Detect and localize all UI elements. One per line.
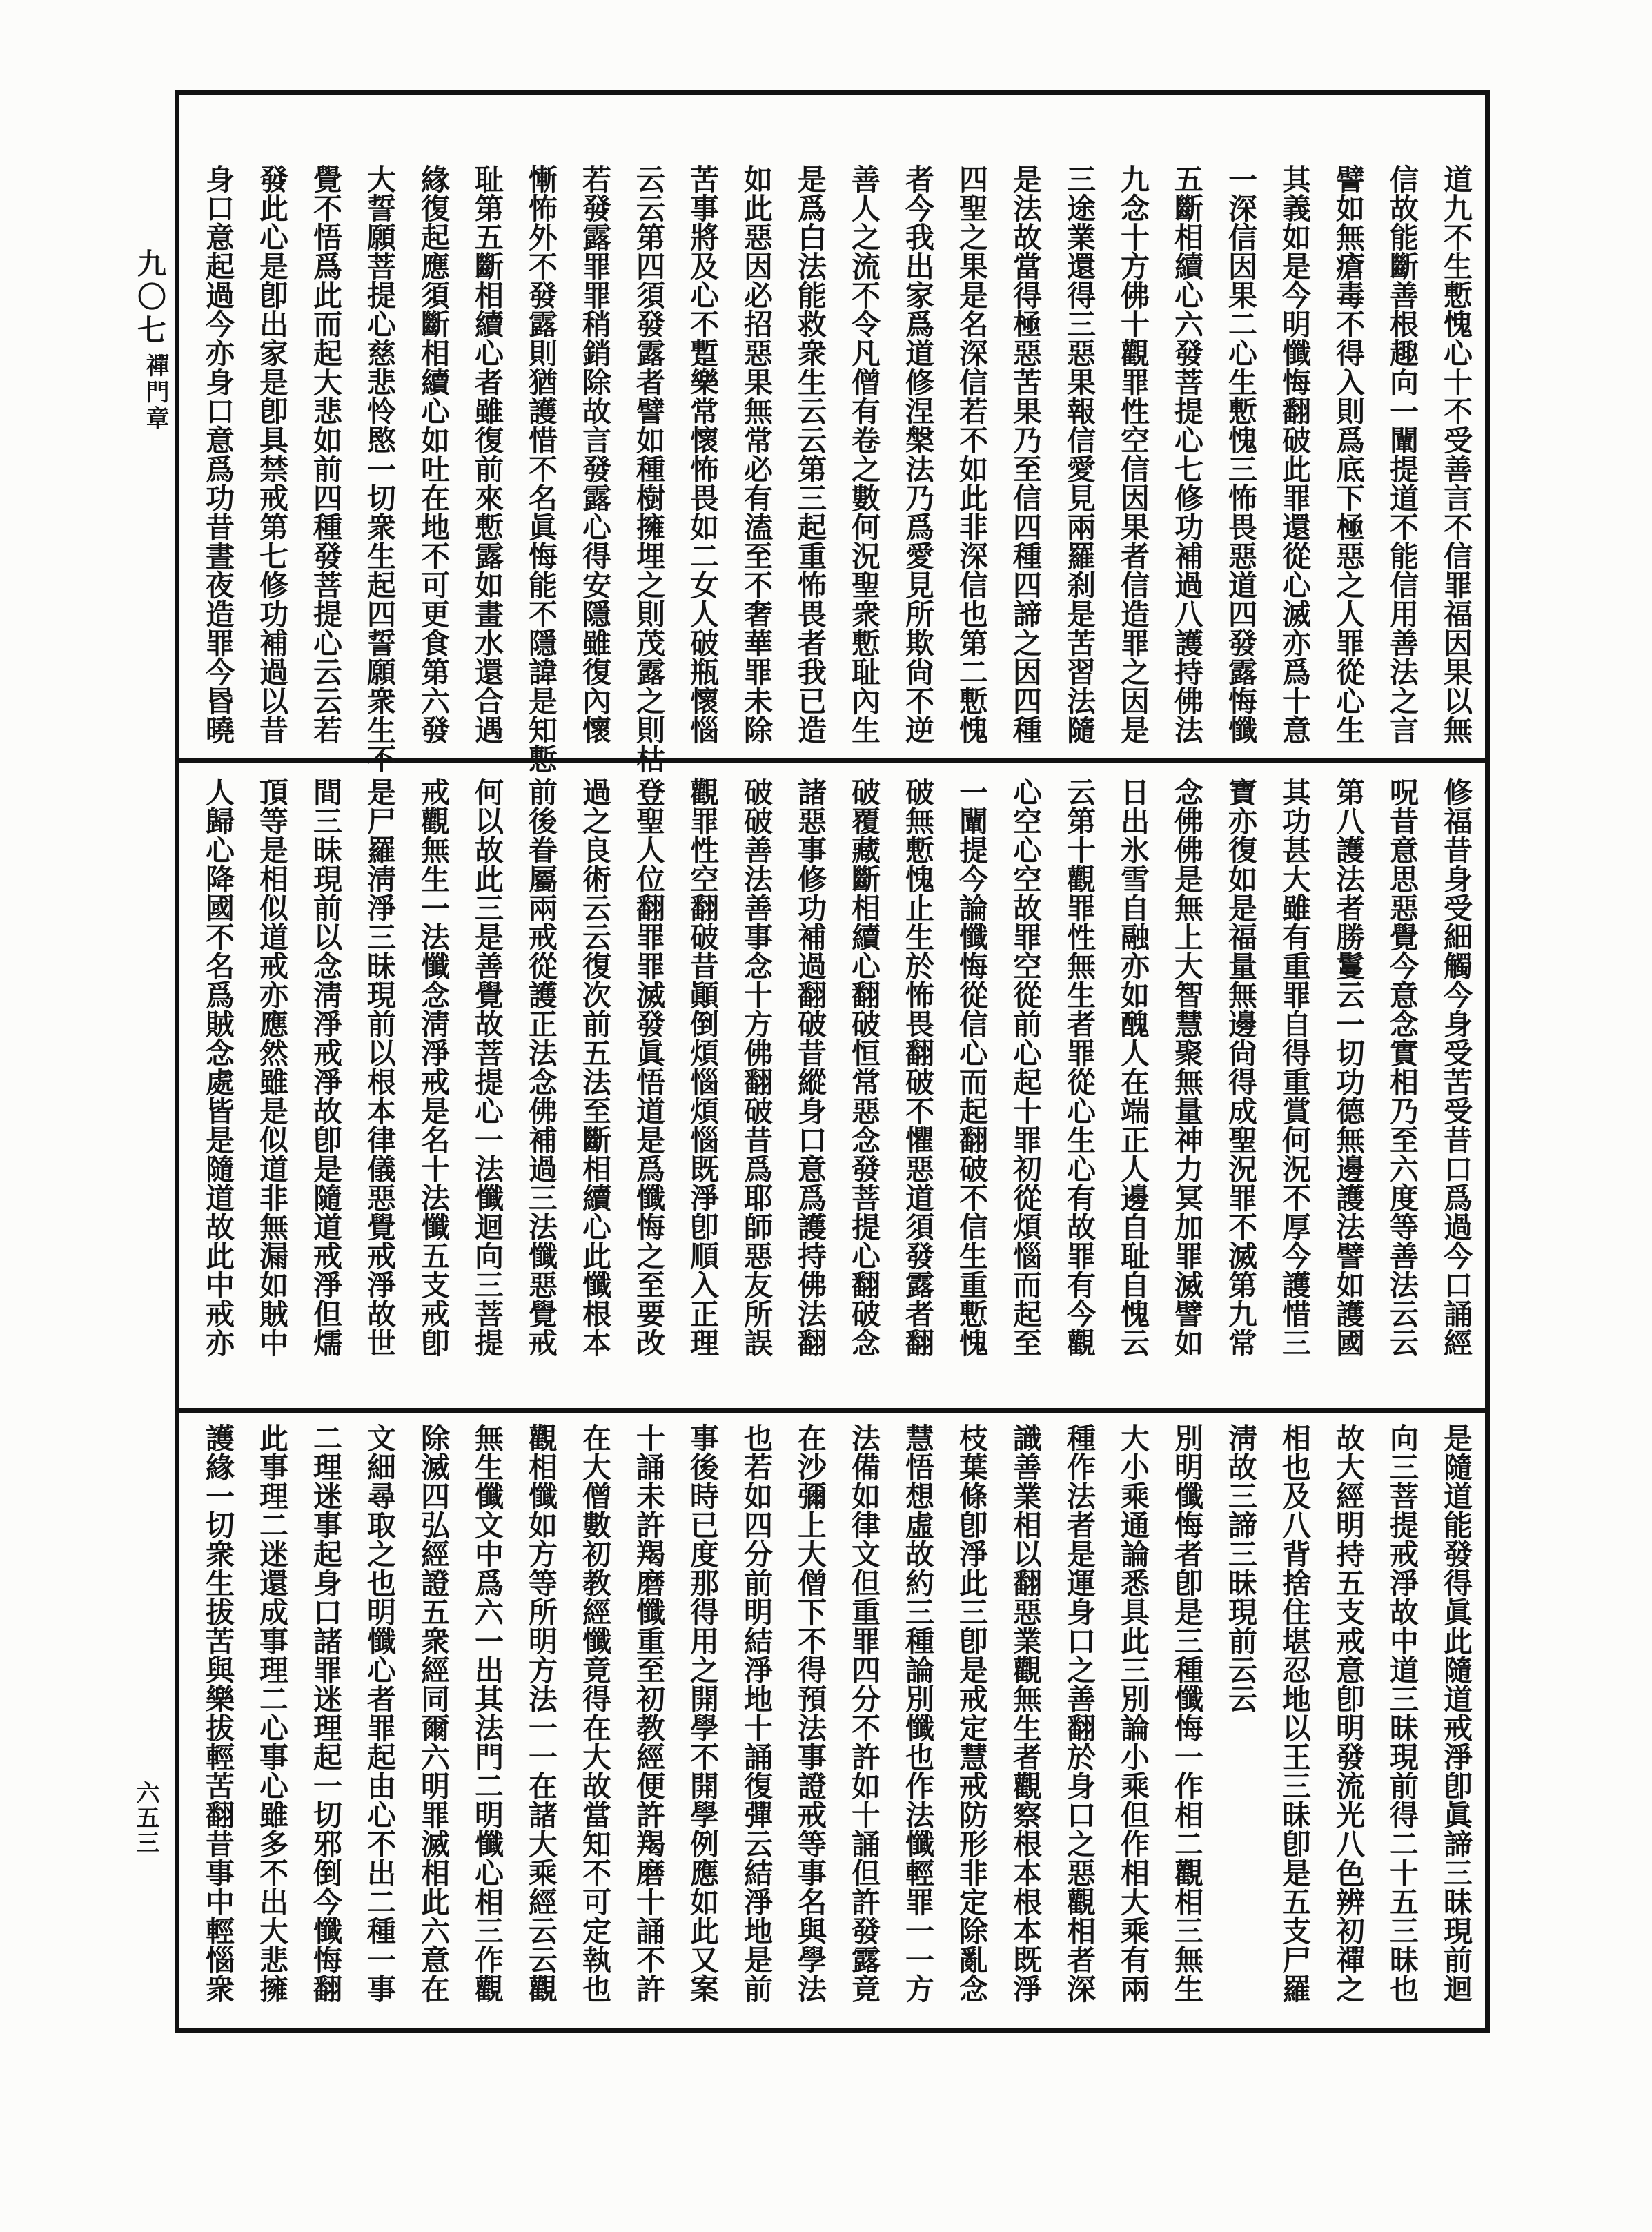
text-column: 破無慙愧止生於怖畏翻破不懼惡道須發露者翻: [890, 777, 944, 1384]
margin-folio-number: 六五三: [128, 1781, 162, 1855]
text-column: 念佛佛是無上大智慧聚無量神力冥加罪滅譬如: [1159, 777, 1213, 1384]
text-column: 觀相懺如方等所明方法一一在諸大乘經云云觀: [513, 1423, 567, 2030]
text-column: 其義如是今明懺悔翻破此罪還從心滅亦爲十意: [1267, 164, 1321, 772]
text-column: 修福昔身受細觸今身受苦受昔口爲過今口誦經: [1428, 777, 1482, 1384]
text-column: 相也及八背捨住堪忍地以王三昧卽是五支尸羅: [1267, 1423, 1321, 2030]
text-column: 一闡提今論懺悔從信心而起翻破不信生重慙愧: [944, 777, 998, 1384]
text-column: 是爲白法能救衆生云云第三起重怖畏者我已造: [783, 164, 836, 772]
text-column: 法備如律文但重罪四分不許如十誦但許發露竟: [836, 1423, 890, 2030]
text-column: 事後時已度那得用之開學不開學例應如此又案: [675, 1423, 729, 2030]
text-column: 故大經明持五支戒意卽明發流光八色辨初禪之: [1321, 1423, 1375, 2030]
text-column: 其功甚大雖有重罪自得重賞何況不厚今護惜三: [1267, 777, 1321, 1384]
text-column: 文細尋取之也明懺心者罪起由心不出二種一事: [352, 1423, 406, 2030]
text-column: 一深信因果二心生慙愧三怖畏惡道四發露悔懺: [1213, 164, 1267, 772]
text-column: 善人之流不令凡僧有卷之數何況聖衆慙耻內生: [836, 164, 890, 772]
text-column: 信故能斷善根趣向一闡提道不能信用善法之言: [1375, 164, 1428, 772]
text-column: 身口意起過今亦身口意爲功昔晝夜造罪今昬曉: [190, 164, 244, 772]
text-column: 四聖之果是名深信若不如此非深信也第二慙愧: [944, 164, 998, 772]
text-column: 苦事將及心不蹔樂常懷怖畏如二女人破瓶懷惱: [675, 164, 729, 772]
text-column: 登聖人位翻罪罪滅發眞悟道是爲懺悔之至要改: [621, 777, 675, 1384]
text-column: 若發露罪罪稍銷除故言發露心得安隱雖復內懷: [567, 164, 621, 772]
text-column: 破破善法善事念十方佛翻破昔爲耶師惡友所誤: [729, 777, 783, 1384]
text-column: 三途業還得三惡果報信愛見兩羅刹是苦習法隨: [1052, 164, 1105, 772]
text-column: 觀罪性空翻破昔顚倒煩惱煩惱既淨卽順入正理: [675, 777, 729, 1384]
text-column: 緣復起應須斷相續心如吐在地不可更食第六發: [406, 164, 460, 772]
text-column: 在沙彌上大僧下不得預法事證戒等事名與學法: [783, 1423, 836, 2030]
text-column: 也若如四分前明結淨地十誦復彈云結淨地是前: [729, 1423, 783, 2030]
text-column: 識善業相以翻惡業觀無生者觀察根本根本既淨: [998, 1423, 1052, 2030]
text-column: 覺不悟爲此而起大悲如前四種發菩提心云云若: [298, 164, 352, 772]
text-column: 在大僧數初教經懺竟得在大故當知不可定執也: [567, 1423, 621, 2030]
text-column: 向三菩提戒淨故中道三昧現前得二十五三昧也: [1375, 1423, 1428, 2030]
text-column: 道九不生慙愧心十不受善言不信罪福因果以無: [1428, 164, 1482, 772]
text-band-lower: 是隨道能發得眞此隨道戒淨卽眞諦三昧現前迴向三菩提戒淨故中道三昧現前得二十五三昧也…: [190, 1423, 1482, 2030]
text-column: 心空心空故罪空從前心起十罪初從煩惱而起至: [998, 777, 1052, 1384]
text-column: 諸惡事修功補過翻破昔縱身口意爲護持佛法翻: [783, 777, 836, 1384]
text-column: 發此心是卽出家是卽具禁戒第七修功補過以昔: [244, 164, 298, 772]
text-column: 頂等是相似道戒亦應然雖是似道非無漏如賊中: [244, 777, 298, 1384]
text-column: 別明懺悔者卽是三種懺悔一作相二觀相三無生: [1159, 1423, 1213, 2030]
text-column: 種作法者是運身口之善翻於身口之惡觀相者深: [1052, 1423, 1105, 2030]
text-column: 云云第四須發露者譬如種樹擁埋之則茂露之則枯: [621, 164, 675, 772]
text-column: 無生懺文中爲六一出其法門二明懺心相三作觀: [460, 1423, 513, 2030]
text-column: 前後眷屬兩戒從護正法念佛補過三法懺惡覺戒: [513, 777, 567, 1384]
text-column: 戒觀無生一法懺念淸淨戒是名十法懺五支戒卽: [406, 777, 460, 1384]
text-column: 呪昔意思惡覺今意念實相乃至六度等善法云云: [1375, 777, 1428, 1384]
text-column: 耻第五斷相續心者雖復前來慙露如畫水還合遇: [460, 164, 513, 772]
text-column: 是尸羅淸淨三昧現前以根本律儀惡覺戒淨故世: [352, 777, 406, 1384]
text-column: 日出氷雪自融亦如醜人在端正人邊自耻自愧云: [1105, 777, 1159, 1384]
text-column: 大誓願菩提心慈悲怜愍一切衆生起四誓願衆生不: [352, 164, 406, 772]
text-column: 是法故當得極惡苦果乃至信四種四諦之因四種: [998, 164, 1052, 772]
text-column: 大小乘通論悉具此三別論小乘但作相大乘有兩: [1105, 1423, 1159, 2030]
text-column: 慧悟想虛故約三種論別懺也作法懺輕罪一一方: [890, 1423, 944, 2030]
text-band-middle: 修福昔身受細觸今身受苦受昔口爲過今口誦經呪昔意思惡覺今意念實相乃至六度等善法云云…: [190, 777, 1482, 1384]
text-column: 過之良術云云復次前五法至斷相續心此懺根本: [567, 777, 621, 1384]
text-column: 破覆藏斷相續心翻破恒常惡念發菩提心翻破念: [836, 777, 890, 1384]
text-column: 淸故三諦三昧現前云云: [1213, 1423, 1267, 2030]
text-column: 枝葉條卽淨此三卽是戒定慧戒防形非定除亂念: [944, 1423, 998, 2030]
text-column: 此事理二迷還成事理二心事心雖多不出大悲擁: [244, 1423, 298, 2030]
text-column: 是隨道能發得眞此隨道戒淨卽眞諦三昧現前迴: [1428, 1423, 1482, 2030]
text-column: 譬如無瘡毒不得入則爲底下極惡之人罪從心生: [1321, 164, 1375, 772]
text-column: 間三昧現前以念淸淨戒淨故卽是隨道戒淨但燸: [298, 777, 352, 1384]
text-column: 何以故此三是善覺故菩提心一法懺迴向三菩提: [460, 777, 513, 1384]
text-column: 云第十觀罪性無生者罪從心生心有故罪有今觀: [1052, 777, 1105, 1384]
text-column: 九念十方佛十觀罪性空信因果者信造罪之因是: [1105, 164, 1159, 772]
text-column: 五斷相續心六發菩提心七修功補過八護持佛法: [1159, 164, 1213, 772]
text-column: 二理迷事起身口諸罪迷理起一切邪倒今懺悔翻: [298, 1423, 352, 2030]
margin-text-title: 禪門章: [138, 353, 172, 432]
text-column: 除滅四弘經證五衆經同爾六明罪滅相此六意在: [406, 1423, 460, 2030]
text-column: 第八護法者勝鬘云一切功德無邊護法譬如護國: [1321, 777, 1375, 1384]
text-column: 如此惡因必招惡果無常必有溘至不奢華罪未除: [729, 164, 783, 772]
text-column: 寶亦復如是福量無邊尙得成聖況罪不滅第九常: [1213, 777, 1267, 1384]
text-column: 十誦未許羯磨懺重至初教經便許羯磨十誦不許: [621, 1423, 675, 2030]
scanned-page: 九〇七 禪門章 六五三 道九不生慙愧心十不受善言不信罪福因果以無信故能斷善根趣向…: [0, 0, 1652, 2232]
text-column: 護緣一切衆生拔苦與樂拔輕苦翻昔事中輕惱衆: [190, 1423, 244, 2030]
text-column: 慚怖外不發露則猶護惜不名眞悔能不隱諱是知慙: [513, 164, 567, 772]
margin-volume-number: 九〇七: [128, 248, 170, 348]
text-band-upper: 道九不生慙愧心十不受善言不信罪福因果以無信故能斷善根趣向一闡提道不能信用善法之言…: [190, 164, 1482, 772]
band-separator-line-lower: [175, 1408, 1490, 1413]
text-column: 人歸心降國不名爲賊念處皆是隨道故此中戒亦: [190, 777, 244, 1384]
text-column: 者今我出家爲道修涅槃法乃爲愛見所欺尙不逆: [890, 164, 944, 772]
